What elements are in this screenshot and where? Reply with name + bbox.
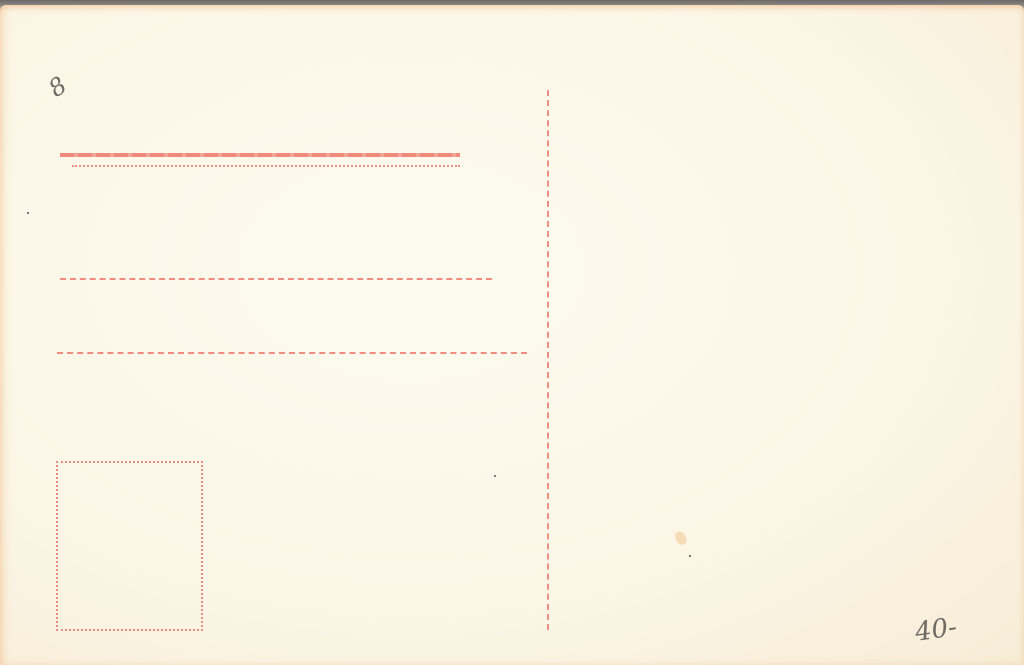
paper-speck [27, 212, 29, 214]
stamp-box [56, 461, 203, 631]
center-divider [547, 90, 549, 630]
address-line-1-dotted [72, 165, 460, 167]
corner-pencil-mark: 8 [43, 71, 72, 103]
address-line-1 [60, 153, 460, 157]
paper-stain [674, 530, 689, 547]
postcard-back: 8 40- [0, 5, 1024, 665]
price-pencil-mark: 40- [913, 612, 959, 648]
paper-speck [494, 475, 496, 477]
address-line-3 [57, 352, 527, 354]
address-line-2 [60, 278, 492, 280]
paper-speck [689, 555, 691, 557]
